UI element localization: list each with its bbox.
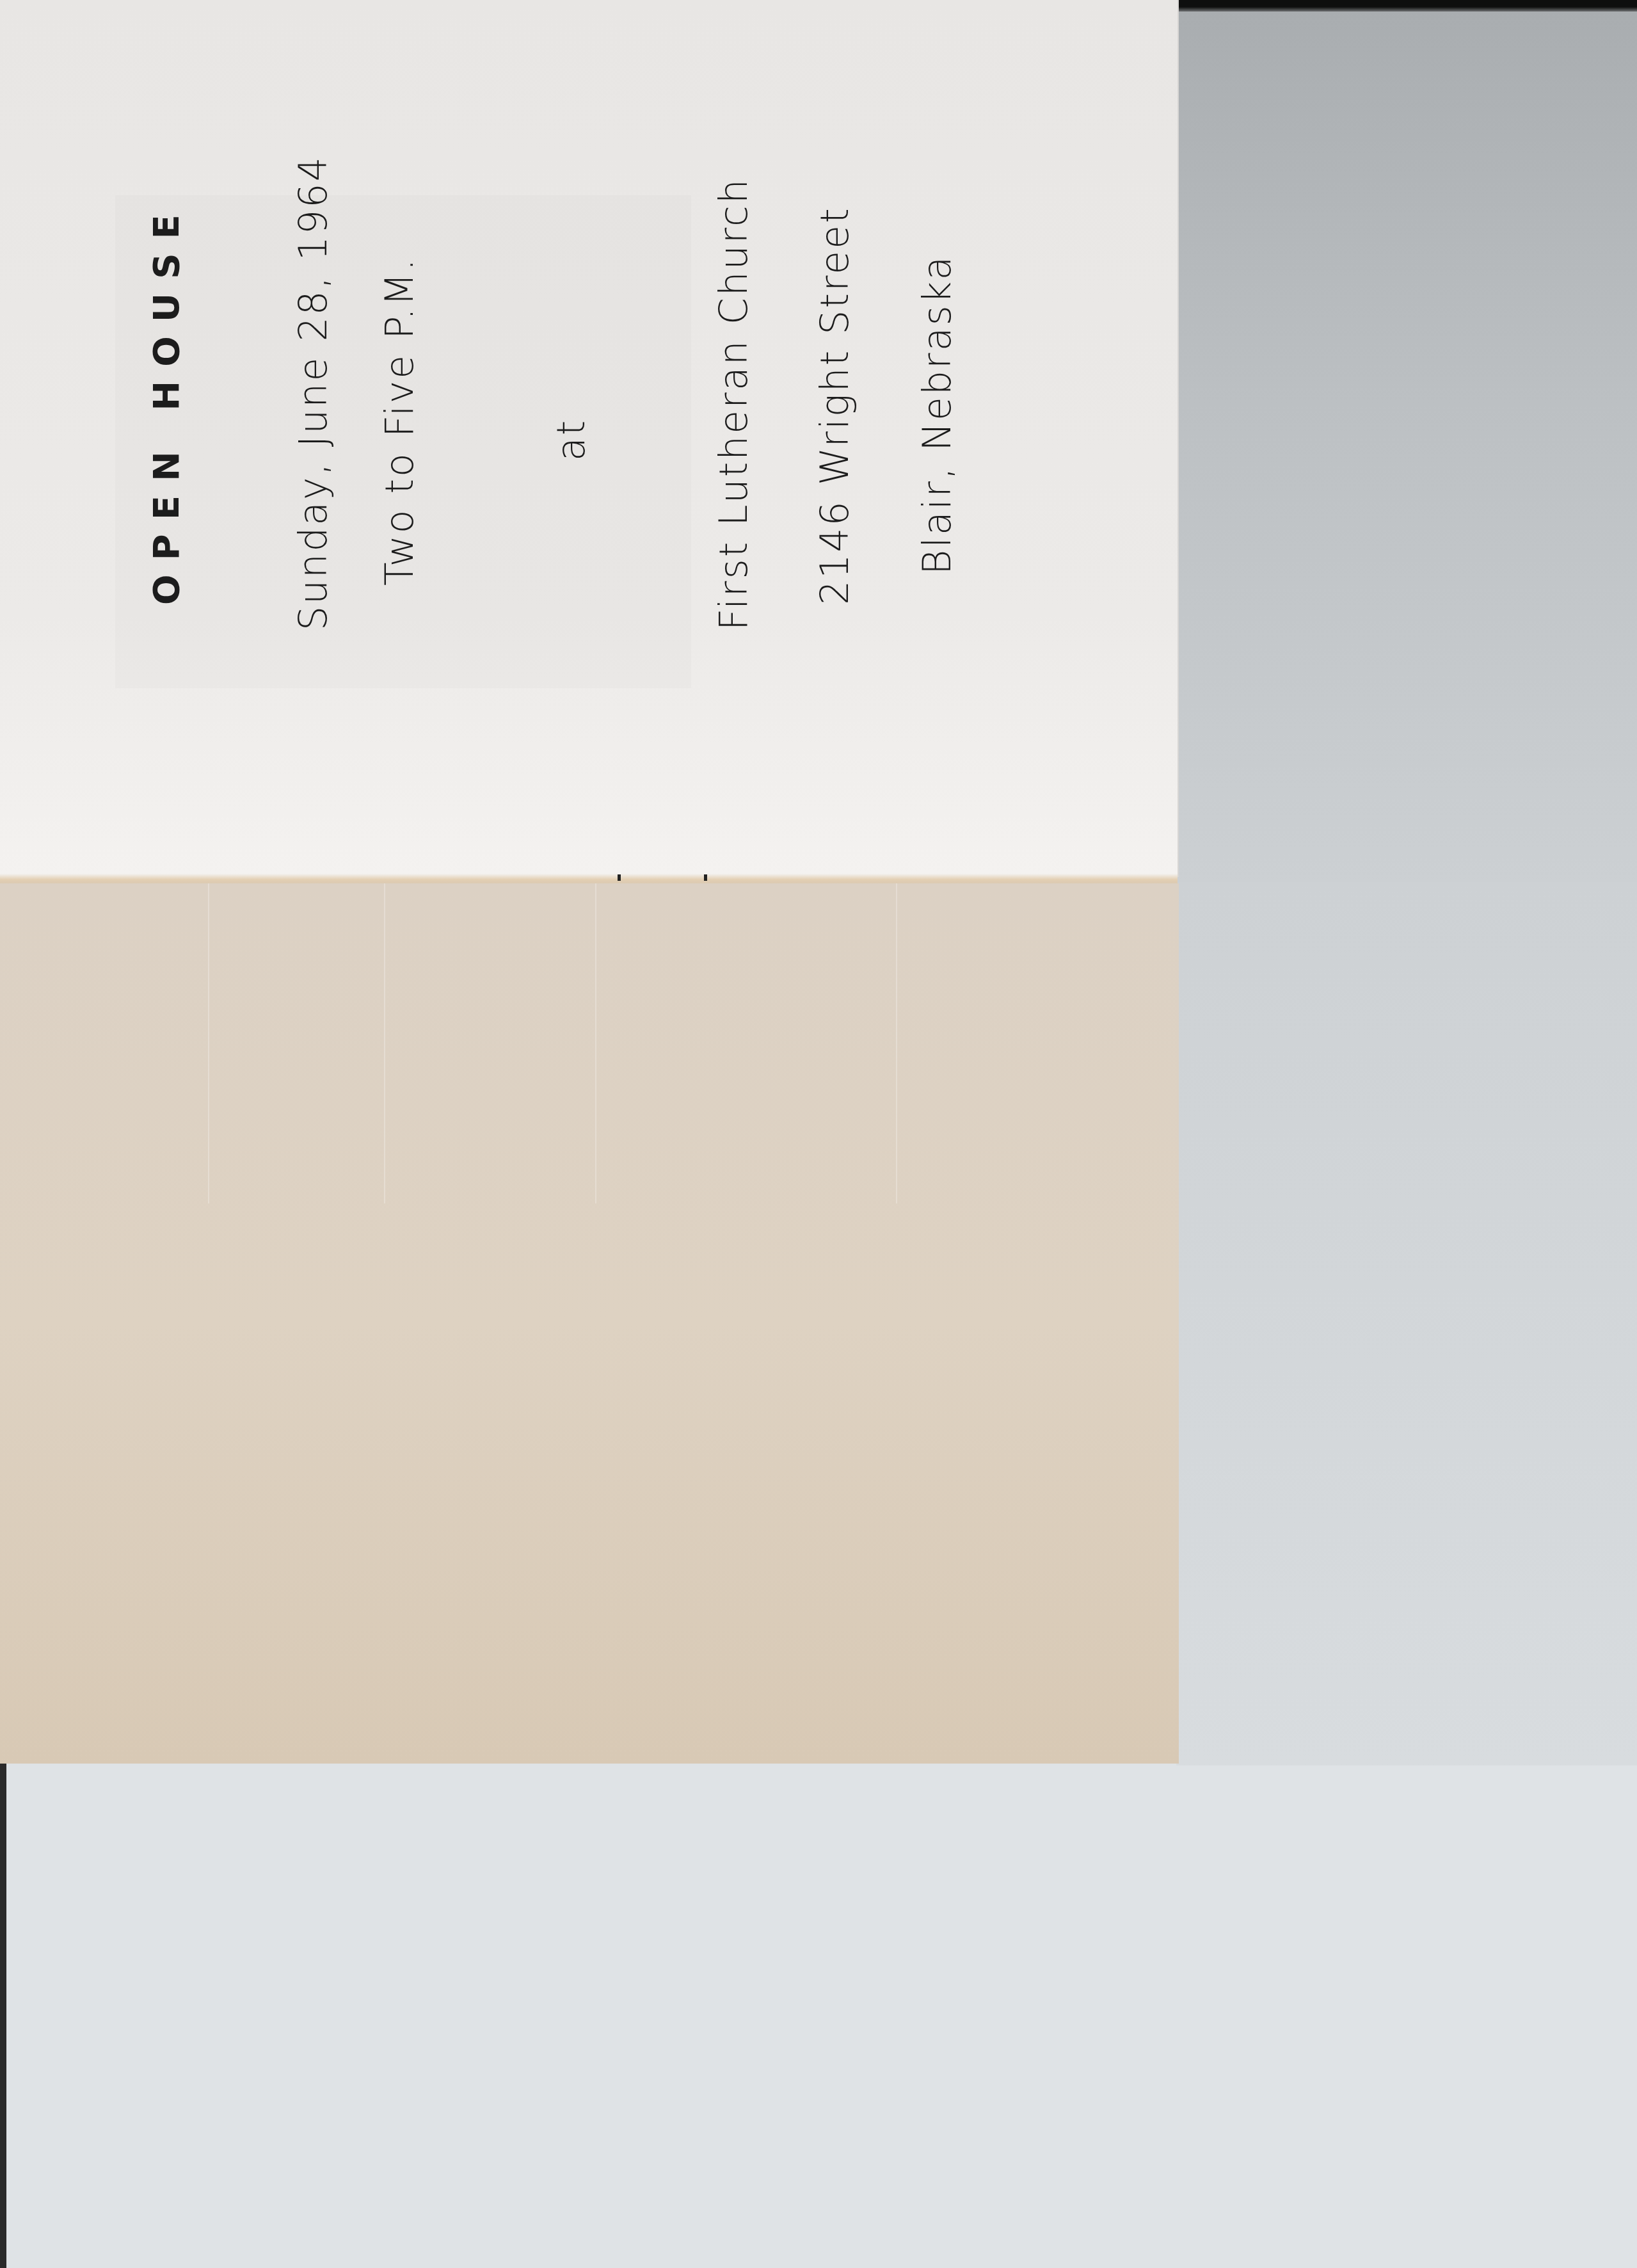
time-line: Two to Five P.M. xyxy=(378,257,422,586)
city-line: Blair, Nebraska xyxy=(915,255,960,575)
paper-crease xyxy=(896,883,897,1203)
venue-line: First Lutheran Church xyxy=(712,177,756,631)
scanner-left-edge xyxy=(0,1764,6,2268)
staple xyxy=(704,874,707,881)
scanner-background-lower xyxy=(1176,882,1637,1765)
connector-word: at xyxy=(549,419,594,461)
paper-crease xyxy=(208,883,209,1203)
staple xyxy=(618,874,621,881)
card-title: OPEN HOUSE xyxy=(146,200,188,605)
street-line: 2146 Wright Street xyxy=(813,206,858,605)
paper-crease xyxy=(595,883,596,1203)
card-back-page xyxy=(0,883,1179,1764)
scanner-background xyxy=(1176,12,1637,882)
card-inside-page: OPEN HOUSE Sunday, June 28, 1964 Two to … xyxy=(0,0,1179,877)
paper-crease xyxy=(384,883,385,1203)
date-line: Sunday, June 28, 1964 xyxy=(291,155,336,631)
scanner-edge xyxy=(1176,0,1637,12)
